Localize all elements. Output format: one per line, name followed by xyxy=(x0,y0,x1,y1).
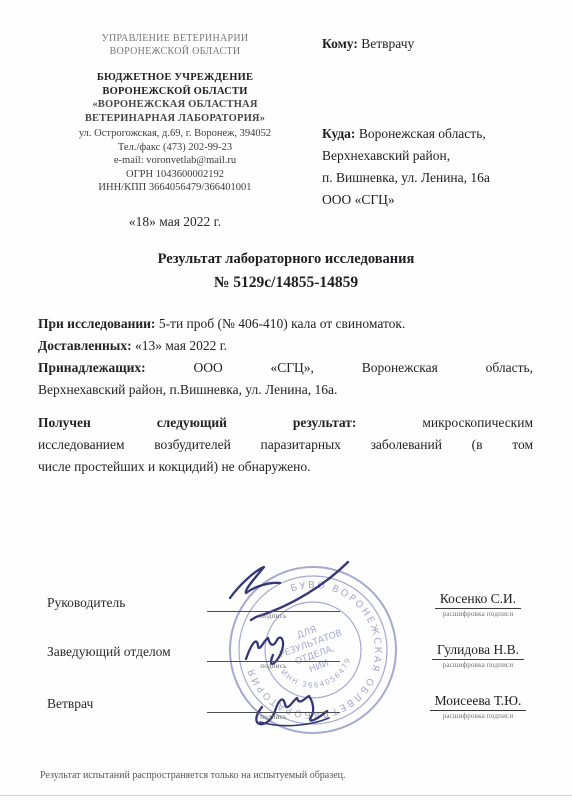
email-line: e-mail: voronvetlab@mail.ru xyxy=(40,154,310,168)
decode-caption: расшифровка подписи xyxy=(413,661,543,669)
signatory-name-cell: Моисеева Т.Ю. расшифровка подписи xyxy=(413,692,543,720)
where-line: п. Вишневка, ул. Ленина, 16а xyxy=(322,167,557,189)
signatory-name-cell: Косенко С.И. расшифровка подписи xyxy=(413,590,543,618)
organization-name: «ВОРОНЕЖСКАЯ ОБЛАСТНАЯ ВЕТЕРИНАРНАЯ ЛАБО… xyxy=(40,98,310,125)
authority-line: ВОРОНЕЖСКОЙ ОБЛАСТИ xyxy=(40,45,310,58)
owner-line: Принадлежащих: ООО «СГЦ», Воронежская об… xyxy=(38,357,533,379)
org-name-line: «ВОРОНЕЖСКАЯ ОБЛАСТНАЯ xyxy=(40,98,310,112)
document-date: «18» мая 2022 г. xyxy=(40,214,310,230)
owner-label: Принадлежащих: xyxy=(38,360,146,375)
owner-line: Верхнехавский район, п.Вишневка, ул. Лен… xyxy=(38,379,533,401)
recipient-block: Кому: Ветврачу Куда: Воронежская область… xyxy=(322,33,557,211)
paragraph-owner: Принадлежащих: ООО «СГЦ», Воронежская об… xyxy=(38,357,533,401)
footer-disclaimer: Результат испытаний распространяется тол… xyxy=(40,770,345,781)
letterhead: УПРАВЛЕНИЕ ВЕТЕРИНАРИИ ВОРОНЕЖСКОЙ ОБЛАС… xyxy=(40,32,310,195)
result-label: Получен следующий результат: xyxy=(38,415,356,430)
inn-kpp-line: ИНН/КПП 3664056479/366401001 xyxy=(40,181,310,195)
result-line: Получен следующий результат: микроскопич… xyxy=(38,412,533,434)
where-value: Воронежская область, xyxy=(359,126,486,141)
paragraph-delivered: Доставленных: «13» мая 2022 г. xyxy=(38,335,533,357)
delivered-label: Доставленных: xyxy=(38,338,132,353)
recipient-address: Куда: Воронежская область, Верхнехавский… xyxy=(322,123,557,211)
document-title: Результат лабораторного исследования № 5… xyxy=(10,248,562,295)
document-number: № 5129с/14855-14859 xyxy=(10,271,562,295)
document-page: УПРАВЛЕНИЕ ВЕТЕРИНАРИИ ВОРОНЕЖСКОЙ ОБЛАС… xyxy=(0,0,572,800)
signatory-name: Косенко С.И. xyxy=(435,591,521,609)
sign-caption: подпись xyxy=(207,713,340,721)
org-name-line: ВЕТЕРИНАРНАЯ ЛАБОРАТОРИЯ» xyxy=(40,112,310,126)
signature-line xyxy=(207,594,340,612)
authority-line: УПРАВЛЕНИЕ ВЕТЕРИНАРИИ xyxy=(40,32,310,45)
authority-name: УПРАВЛЕНИЕ ВЕТЕРИНАРИИ ВОРОНЕЖСКОЙ ОБЛАС… xyxy=(40,32,310,58)
decode-caption: расшифровка подписи xyxy=(413,610,543,618)
signatory-name: Гулидова Н.В. xyxy=(432,642,524,660)
where-label: Куда: xyxy=(322,126,355,141)
document-body: При исследовании: 5-ти проб (№ 406-410) … xyxy=(38,313,533,478)
address-line: ул. Острогожская, д.69, г. Воронеж, 3940… xyxy=(40,127,310,141)
recipient-to: Кому: Ветврачу xyxy=(322,33,557,55)
bottom-rule xyxy=(0,795,572,796)
org-line: ВОРОНЕЖСКОЙ ОБЛАСТИ xyxy=(40,85,310,99)
where-line: ООО «СГЦ» xyxy=(322,189,557,211)
organization-type: БЮДЖЕТНОЕ УЧРЕЖДЕНИЕ ВОРОНЕЖСКОЙ ОБЛАСТИ xyxy=(40,71,310,98)
organization-contacts: ул. Острогожская, д.69, г. Воронеж, 3940… xyxy=(40,127,310,195)
owner-text: ООО «СГЦ», Воронежская область, xyxy=(193,360,533,375)
samples-text: 5-ти проб (№ 406-410) кала от свиноматок… xyxy=(159,316,406,331)
signature-line xyxy=(207,695,340,713)
paragraph-samples: При исследовании: 5-ти проб (№ 406-410) … xyxy=(38,313,533,335)
signature-line xyxy=(207,644,340,662)
signatory-name-cell: Гулидова Н.В. расшифровка подписи xyxy=(413,641,543,669)
result-text: микроскопическим xyxy=(422,415,533,430)
ogrn-line: ОГРН 1043600002192 xyxy=(40,168,310,182)
decode-caption: расшифровка подписи xyxy=(413,712,543,720)
delivered-text: «13» мая 2022 г. xyxy=(135,338,227,353)
samples-label: При исследовании: xyxy=(38,316,155,331)
result-line: исследованием возбудителей паразитарных … xyxy=(38,434,533,456)
where-line: Верхнехавский район, xyxy=(322,145,557,167)
role-label: Заведующий отделом xyxy=(47,644,171,660)
result-line: числе простейших и кокцидий) не обнаруже… xyxy=(38,456,533,478)
to-value: Ветврачу xyxy=(361,36,414,51)
title-line: Результат лабораторного исследования xyxy=(10,248,562,271)
role-label: Руководитель xyxy=(47,595,125,611)
signatory-name: Моисеева Т.Ю. xyxy=(430,693,527,711)
phone-line: Тел./факс (473) 202-99-23 xyxy=(40,141,310,155)
sign-caption: подпись xyxy=(207,662,340,670)
sign-caption: подпись xyxy=(207,612,340,620)
to-label: Кому: xyxy=(322,36,358,51)
paragraph-result: Получен следующий результат: микроскопич… xyxy=(38,412,533,478)
where-line: Куда: Воронежская область, xyxy=(322,123,557,145)
org-line: БЮДЖЕТНОЕ УЧРЕЖДЕНИЕ xyxy=(40,71,310,85)
role-label: Ветврач xyxy=(47,696,93,712)
